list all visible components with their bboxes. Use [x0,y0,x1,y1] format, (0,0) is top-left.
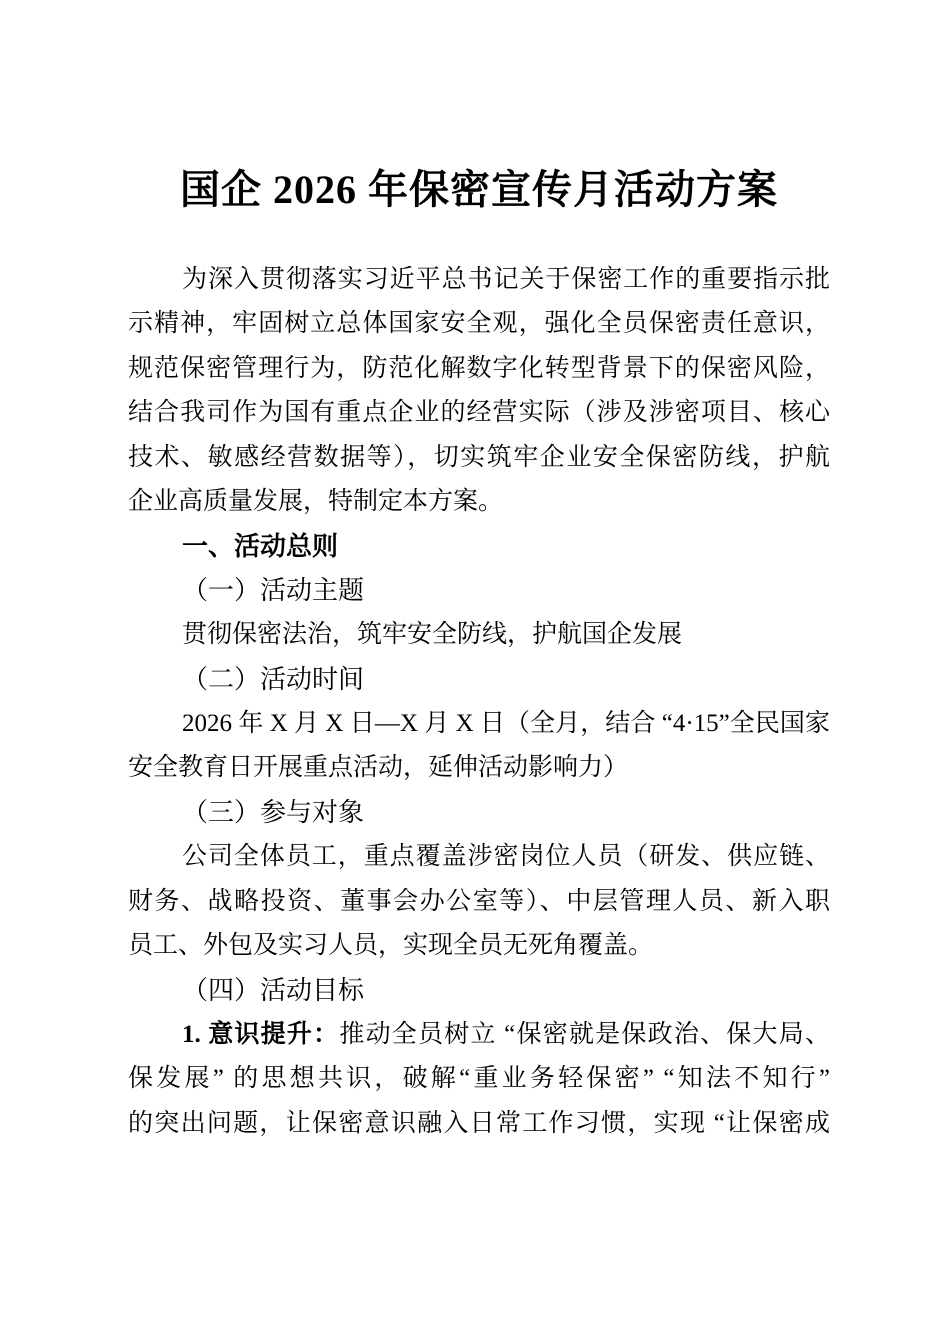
intro-line: 结合我司作为国有重点企业的经营实际（涉及涉密项目、核心 [128,391,830,435]
goal-label: 1. 意识提升： [182,1021,339,1048]
document-title: 国企 2026 年保密宣传月活动方案 [128,166,830,214]
subsection-participants: （三）参与对象 公司全体员工，重点覆盖涉密岗位人员（研发、供应链、 财务、战略投… [128,791,830,969]
subsection-heading-participants: （三）参与对象 [128,791,830,835]
section-heading-general-rules: 一、活动总则 [128,524,830,568]
intro-paragraph: 为深入贯彻落实习近平总书记关于保密工作的重要指示批 示精神，牢固树立总体国家安全… [128,258,830,524]
intro-line: 技术、敏感经营数据等），切实筑牢企业安全保密防线，护航 [128,436,830,480]
participants-line: 公司全体员工，重点覆盖涉密岗位人员（研发、供应链、 [128,835,830,879]
subsection-heading-theme: （一）活动主题 [128,569,830,613]
participants-line: 财务、战略投资、董事会办公室等）、中层管理人员、新入职 [128,880,830,924]
intro-line: 规范保密管理行为，防范化解数字化转型背景下的保密风险， [128,347,830,391]
document-body: 为深入贯彻落实习近平总书记关于保密工作的重要指示批 示精神，牢固树立总体国家安全… [128,258,830,1146]
subsection-heading-goals: （四）活动目标 [128,969,830,1013]
theme-slogan: 贯彻保密法治，筑牢安全防线，护航国企发展 [128,613,830,657]
goal-line: 的突出问题，让保密意识融入日常工作习惯，实现 “让保密成 [128,1102,830,1146]
time-line: 安全教育日开展重点活动，延伸活动影响力） [128,746,830,790]
subsection-goals: （四）活动目标 1. 意识提升：推动全员树立 “保密就是保政治、保大局、 保发展… [128,969,830,1147]
subsection-heading-time: （二）活动时间 [128,658,830,702]
goal-text: 推动全员树立 “保密就是保政治、保大局、 [339,1021,830,1048]
intro-line: 企业高质量发展，特制定本方案。 [128,480,830,524]
participants-line: 员工、外包及实习人员，实现全员无死角覆盖。 [128,924,830,968]
goal-line: 保发展” 的思想共识，破解“重业务轻保密” “知法不知行” [128,1057,830,1101]
time-line: 2026 年 X 月 X 日—X 月 X 日（全月，结合 “4·15”全民国家 [128,702,830,746]
intro-line: 为深入贯彻落实习近平总书记关于保密工作的重要指示批 [128,258,830,302]
intro-line: 示精神，牢固树立总体国家安全观，强化全员保密责任意识， [128,302,830,346]
subsection-time: （二）活动时间 2026 年 X 月 X 日—X 月 X 日（全月，结合 “4·… [128,658,830,791]
goal-line: 1. 意识提升：推动全员树立 “保密就是保政治、保大局、 [128,1013,830,1057]
document-page: 国企 2026 年保密宣传月活动方案 为深入贯彻落实习近平总书记关于保密工作的重… [0,0,950,1344]
subsection-theme: （一）活动主题 贯彻保密法治，筑牢安全防线，护航国企发展 [128,569,830,658]
